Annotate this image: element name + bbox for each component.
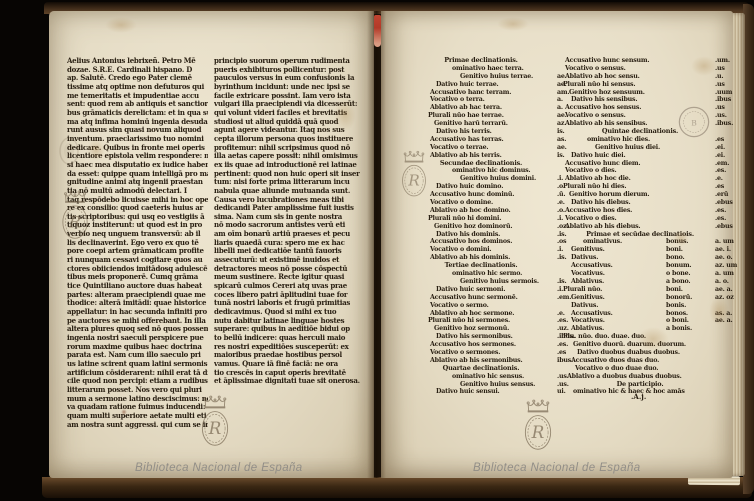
- case-label: Genitivus.: [571, 246, 605, 253]
- latin-text-line: res nostri expeditiōes susceperūt: ex: [214, 343, 361, 352]
- latin-text-line: Aelius Antonius lebrixeñ. Petro Mē: [67, 57, 208, 66]
- case-label: Vocativus.: [571, 317, 605, 324]
- ending: .um.: [715, 57, 730, 65]
- declension-row: Dativo his sermonibus. .ibus.: [428, 333, 578, 341]
- declension-row: Plurali nūo. boni. ae. a.: [563, 286, 739, 294]
- case-label: Genitivo horum dierum.: [569, 191, 649, 198]
- latin-text-line: tunā nostri laboris et frugū primitias: [214, 299, 361, 308]
- latin-text-line: pauculos versus in eum confusionis la: [214, 74, 361, 83]
- latin-text-line: me temeritatis et impudentiae accu: [67, 92, 208, 101]
- foxing-stain: [673, 230, 689, 246]
- declension-row: Vocativo o dies. .es.: [563, 215, 739, 223]
- case-label: Accusativo hunc sensum.: [565, 57, 649, 64]
- latin-text-line: si haec mea disputatio ex iudice haben: [67, 161, 208, 170]
- ending: az. um: [715, 262, 737, 270]
- declension-row: ominativo hic dominus.: [428, 167, 578, 175]
- latin-text-line: mum a sermone latino desciscimus: no: [67, 395, 208, 404]
- latin-text-line: pertinent: quod non huic operi sit inser: [214, 170, 361, 179]
- declension-row: Quintae declinationis.: [563, 128, 739, 136]
- case-label: Dativo huic domino.: [436, 183, 503, 190]
- case-label: Vocativo o dies.: [565, 167, 617, 174]
- word-form: a bonis.: [666, 325, 692, 333]
- case-label: Accusativus.: [571, 262, 613, 269]
- declension-row: Dativo huic sermoni. .i.: [428, 286, 578, 294]
- latin-text-line: dedicavimus. Quod si mihi ex tuo: [214, 308, 361, 317]
- royal-cipher-stamp: R: [57, 183, 93, 245]
- declension-row: ominativo hic sensus. .us.: [428, 373, 578, 381]
- ending: a. o.: [715, 278, 729, 286]
- case-label: Genitivo huius sensus.: [460, 381, 535, 388]
- latin-text-line: am oīm bonarū artiū praeses et pecu: [214, 230, 361, 239]
- case-label: ominativo hic & haec & hoc amās: [573, 388, 685, 395]
- case-label: Genitivo hoz sermonū.: [434, 325, 509, 332]
- round-library-stamp: B: [677, 104, 711, 140]
- latin-text-line: ma atq infima hominū ingenia desuda: [67, 118, 208, 127]
- declension-row: Vocativo o duo duae duo.: [563, 365, 739, 373]
- case-label: Accusativo hunc dominū.: [430, 191, 514, 198]
- royal-cipher-stamp: R: [397, 145, 431, 201]
- case-label: Accusativo hunc sermonē.: [430, 294, 518, 301]
- case-label: Ablativo ab hoc sensu.: [565, 73, 640, 80]
- ending: .us: [715, 81, 725, 89]
- bne-watermark: Biblioteca Nacional de España: [135, 462, 303, 474]
- declension-row: Dativo huic domino. .o.: [428, 183, 578, 191]
- case-label: Dativo huic terrae.: [436, 81, 499, 88]
- word-form: boni.: [666, 286, 683, 294]
- latin-text-line: libelli mei dedicatiōe tantū fauoris: [214, 247, 361, 256]
- case-label: Tertiae declinationis.: [445, 261, 518, 269]
- case-label: Ablativo ab hoc die.: [565, 175, 631, 182]
- case-label: Vocativo o sermo.: [430, 302, 489, 309]
- declension-row: Dativo his terris. is.: [428, 128, 578, 136]
- declension-row: Plurali nūo hi sensus. .us: [563, 81, 739, 89]
- declension-row: Genitivo huius terrae. ae.: [428, 73, 578, 81]
- declension-row: Tertiae declinationis.: [428, 262, 578, 270]
- case-label: Genitivo duorū. duarum. duorum.: [573, 341, 686, 348]
- declension-row: Dativo huic terrae. ae.: [428, 81, 578, 89]
- case-label: Ablativus.: [571, 278, 604, 285]
- latin-text-line: coces libero patri āplitudini tuae for: [214, 291, 361, 300]
- svg-text:B: B: [691, 118, 697, 127]
- case-label: Quartae declinationis.: [443, 364, 520, 372]
- declension-row: Plurali nūo hi sermones. .es.: [428, 317, 578, 325]
- latin-text-line: Causa vero lucubrationes meas tibi: [214, 196, 361, 205]
- foxing-stain: [334, 99, 356, 131]
- latin-text-line: altera plures quoq sed nō quos possem: [67, 325, 208, 334]
- case-label: Vocativo o terra.: [430, 96, 485, 103]
- declension-row: De participio.: [563, 381, 739, 389]
- declension-row: Secundae declinationis.: [428, 160, 578, 168]
- latin-text-line: us latine scirent quam latini sermonis: [67, 360, 208, 369]
- latin-text-line: ctores obiiciendos imitādosq adulescē: [67, 265, 208, 274]
- declension-row: Vocativo o sermo.: [428, 302, 578, 310]
- ending: .ebus: [715, 199, 733, 207]
- declension-row: Ablativo ab hoc sermone. .e.: [428, 310, 578, 318]
- latin-text-line: ap. Salutē. Credo ego Pater clemē: [67, 74, 208, 83]
- book-cover-bottom-edge: [42, 477, 752, 498]
- latin-text-line: pe auctores se mihi offerebant. In illa: [67, 317, 208, 326]
- case-label: Dativo his diebus.: [571, 199, 631, 206]
- case-label: ominativus.: [583, 238, 622, 245]
- latin-text-line: va quadam ratione fuimus inducendi:: [67, 403, 208, 412]
- foxing-stain: [105, 17, 137, 33]
- ending: .es.: [715, 207, 726, 215]
- declension-row: Dativo huic diei. .ei.: [563, 152, 739, 160]
- declension-row: Ablativo ab hoc die. .e.: [563, 175, 739, 183]
- latin-text-line: detractores meos nō posse cōspectū: [214, 265, 361, 274]
- latin-text-line: da esset: quippe quam intelligā pro ma: [67, 170, 208, 179]
- case-label: Vocativus.: [571, 270, 605, 277]
- quire-signature-mark: .A.j.: [631, 392, 646, 401]
- declension-row: Ablativus. a bono. a. o.: [563, 278, 739, 286]
- ending: .ibus.: [715, 120, 733, 128]
- case-label: Dativo his sensibus.: [571, 96, 637, 103]
- royal-cipher-stamp: R: [196, 391, 234, 449]
- case-label: Dativo huic sensui.: [436, 388, 500, 395]
- svg-text:R: R: [68, 213, 81, 232]
- latin-text-line: litterarum posset. Nos vero qui pluri: [67, 386, 208, 395]
- word-form: o bone.: [666, 270, 690, 278]
- latin-text-line: pueris exhibituros pollicentur: post: [214, 66, 361, 75]
- declension-row: Accusativo hos dies. .es.: [563, 207, 739, 215]
- latin-text-line: parata est. Nam cum illo saeculo pri: [67, 351, 208, 360]
- right-page-column-1: Primae declinationis. ominativo haec ter…: [428, 57, 578, 396]
- declension-row: Genitivus. boni. ae. i.: [563, 246, 739, 254]
- latin-text-line: am nostra sunt aggressi. qui cum se in: [67, 421, 208, 430]
- declension-row: Quartae declinationis.: [428, 365, 578, 373]
- case-label: Quintae declinationis.: [602, 127, 678, 135]
- case-label: Genitivo harū terrarū.: [434, 120, 508, 127]
- ending: .ei.: [715, 144, 725, 152]
- latin-text-line: spicarū culmos Cereri atq uvas prae: [214, 282, 361, 291]
- case-label: Accusativo hos dominos.: [430, 238, 512, 245]
- case-label: Genitivo huius domini.: [460, 175, 536, 182]
- case-label: Primae declinationis.: [444, 56, 518, 64]
- latin-text-line: artificium cōsiderarent: nihil erat tā d…: [67, 369, 208, 378]
- case-label: Dativo huic sermoni.: [436, 286, 505, 293]
- word-form: bonis.: [666, 302, 686, 310]
- case-label: Ablativo ab hac terra.: [430, 104, 502, 111]
- latin-text-line: ingenia nostri saeculi perspicere pue: [67, 334, 208, 343]
- case-label: Genitivo huius terrae.: [460, 73, 533, 80]
- case-label: Vocativo o terrae.: [430, 144, 488, 151]
- case-label: Accusativo hunc diem.: [565, 160, 640, 167]
- declension-row: ominativo haec terra.: [428, 65, 578, 73]
- latin-text-line: partes: alteram praecipiendi quae me: [67, 291, 208, 300]
- ending: .es.: [715, 215, 726, 223]
- word-form: bonorū.: [666, 294, 692, 302]
- ending: ae. i.: [715, 246, 731, 254]
- declension-row: Vocativus. o bone. a. um: [563, 270, 739, 278]
- declension-row: Genitivo huius domini. .i.: [428, 175, 578, 183]
- declension-row: Accusativo hos dominos. .os: [428, 238, 578, 246]
- latin-text-line: tio crescēs in caput operis brevitatē: [214, 369, 361, 378]
- case-label: Accusativus.: [571, 310, 613, 317]
- latin-text-line: quam multi superiore aetate multi eti: [67, 412, 208, 421]
- declension-row: Primae declinationis.: [428, 57, 578, 65]
- declension-row: Accusativus. bonum. az. um: [563, 262, 739, 270]
- foxing-stain: [691, 56, 717, 76]
- right-page: Primae declinationis. ominativo haec ter…: [381, 11, 733, 478]
- case-label: Vocativo o sermones.: [430, 349, 500, 356]
- red-bookmark-ribbon: [374, 15, 381, 47]
- case-label: Vocativo o domine.: [430, 199, 493, 206]
- latin-text-line: byrinthum incidunt: unde nec ipsi se: [214, 83, 361, 92]
- latin-text-line: nutu dabitur latinae linguae hostes: [214, 317, 361, 326]
- declension-row: Dativo his diebus. .ebus: [563, 199, 739, 207]
- declension-row: Dativo his dominis. .is.: [428, 231, 578, 239]
- latin-text-line: nabula quae aliunde mutuanda sunt.: [214, 187, 361, 196]
- case-label: Accusativo hos sensus.: [565, 104, 641, 111]
- case-label: Plurali nūo.: [563, 286, 602, 293]
- declension-row: Accusativo hunc sermonē. .em.: [428, 294, 578, 302]
- declension-row: Genitivo hoz dominorū. .oz.: [428, 223, 578, 231]
- latin-text-line: superare: quibus in aeditiōe bidui op: [214, 325, 361, 334]
- ink-spot: [121, 409, 127, 415]
- book-gutter-shadow: [367, 11, 386, 478]
- word-form: bonum.: [666, 262, 691, 270]
- latin-text-line: to bellū indicere: quas herculi maio: [214, 334, 361, 343]
- case-label: Accusativo duos duas duo.: [571, 357, 659, 364]
- ending: .uum: [715, 89, 732, 97]
- ending: a. um: [715, 270, 734, 278]
- declension-row: Plurali nūo hae terrae. ae.: [428, 112, 578, 120]
- case-label: Plurali nūo hi domini.: [428, 215, 501, 222]
- declension-row: Accusativo has terras. as.: [428, 136, 578, 144]
- word-form: boni.: [666, 246, 683, 254]
- ending: .es: [715, 136, 724, 144]
- ending: ae. o.: [715, 254, 733, 262]
- case-label: Ablativo ab hoc domino.: [430, 207, 511, 214]
- case-label: Vocativo o duo duae duo.: [575, 365, 658, 372]
- foxing-stain: [709, 297, 729, 325]
- latin-text-line: nō modo sacrorum antistes verū eti: [214, 221, 361, 230]
- declension-row: Accusativo hunc dominū. .ū.: [428, 191, 578, 199]
- left-page: Aelius Antonius lebrixeñ. Petro Mēdozae.…: [49, 11, 374, 478]
- declension-row: Vocativo o domine. .e.: [428, 199, 578, 207]
- case-label: ominativo hic sermo.: [452, 270, 522, 277]
- latin-text-line: maioribus praedae hostibus persol: [214, 351, 361, 360]
- declension-row: Genitivo horum dierum. .erū: [563, 191, 739, 199]
- declension-row: ominativo hic sermo.: [428, 270, 578, 278]
- ending: .erū: [715, 191, 728, 199]
- declension-row: Genitivo huius diei. .ei.: [563, 144, 739, 152]
- latin-text-line: tibus meis proponerē. Cumq grāma: [67, 273, 208, 282]
- latin-text-line: cepta illorum persona quos instituere: [214, 135, 361, 144]
- latin-text-line: bus grāmaticis derelictam: et in qua sū: [67, 109, 208, 118]
- latin-text-line: assecuturū: ut existimē inuidos et: [214, 256, 361, 265]
- declension-row: Vocativo o sermones. .es: [428, 349, 578, 357]
- declension-row: Genitivo hoz sermonū. .uz.: [428, 325, 578, 333]
- word-form: bonos.: [666, 310, 688, 318]
- case-label: Accusativo hanc terram.: [430, 89, 511, 96]
- ending: .u.: [715, 73, 723, 81]
- declension-row: Vocativo o terrae. ae.: [428, 144, 578, 152]
- case-label: Plu. nūo. duo. duae. duo.: [563, 333, 646, 340]
- latin-text-line: ex iis quae ad introductionē rei latinae: [214, 161, 361, 170]
- case-label: Vocativo o sensus.: [565, 65, 626, 72]
- ending: .us.: [715, 112, 727, 120]
- latin-text-line: rorum maxime quibus haec doctrina: [67, 343, 208, 352]
- declension-row: Accusativo hos sensus. .us: [563, 104, 739, 112]
- declension-row: Genitivo harū terrarū. az.: [428, 120, 578, 128]
- case-label: Plurali nūo hi sermones.: [428, 317, 510, 324]
- word-form: bono.: [666, 254, 684, 262]
- svg-text:R: R: [208, 418, 222, 438]
- declension-row: Genitivo hoz sensuum. .uum: [563, 89, 739, 97]
- ending: a.: [557, 96, 563, 104]
- case-label: Genitivo huius diei.: [595, 144, 660, 151]
- latin-text-line: ri nunquam cessavi cogitare quos au: [67, 256, 208, 265]
- declension-row: Accusativo duos duas duo.: [563, 357, 739, 365]
- latin-text-line: illa aetas capere possit: nihil omisimus: [214, 152, 361, 161]
- latin-text-line: dedicandi Pater amplissime fuit iustis: [214, 204, 361, 213]
- latin-text-line: tum: nisi forte prima litterarum incu: [214, 178, 361, 187]
- case-label: Plurali nūo hi sensus.: [563, 81, 635, 88]
- case-label: Accusativo hos sermones.: [430, 341, 516, 348]
- svg-text:R: R: [407, 172, 420, 190]
- latin-text-line: appellatur: in hac secunda infiniti pro: [67, 308, 208, 317]
- declension-row: Dativus. bono. ae. o.: [563, 254, 739, 262]
- case-label: Ablativus.: [571, 325, 604, 332]
- latin-text-line: profitemur: nihil scripsimus quod nō: [214, 144, 361, 153]
- ending: .e.: [715, 175, 723, 183]
- case-label: De participio.: [617, 380, 664, 388]
- ending: .us: [715, 104, 725, 112]
- declension-row: ominativus. bonus. a. um: [563, 238, 739, 246]
- declension-row: Vocativo o terra. a.: [428, 96, 578, 104]
- latin-text-line: cile quod non percipi: etiam a rudibus: [67, 377, 208, 386]
- case-label: ominativo hic sensus.: [452, 373, 524, 380]
- royal-cipher-stamp: R: [518, 395, 558, 453]
- declension-row: Dativo his sensibus. .ibus: [563, 96, 739, 104]
- declension-row: Accusativo hanc terram. am.: [428, 89, 578, 97]
- case-label: Genitivo huius sermois.: [460, 278, 539, 285]
- declension-row: Vocativo o domini. .i.: [428, 246, 578, 254]
- case-label: Vocativo o sensus.: [565, 112, 626, 119]
- latin-text-line: tice Quintiliano auctore duas habeat: [67, 282, 208, 291]
- case-label: ominativo haec terra.: [452, 65, 524, 72]
- ending: .ei.: [715, 152, 725, 160]
- case-label: Vocativo o dies.: [565, 215, 617, 222]
- ending: ae. a.: [715, 286, 733, 294]
- case-label: Ablativo ab hoc sermone.: [430, 310, 514, 317]
- declension-row: Plurali nūo hi domini. .i.: [428, 215, 578, 223]
- declension-row: ominativo hic & haec & hoc amās: [563, 388, 739, 396]
- ending: .ebus: [715, 223, 733, 231]
- case-label: Dativus.: [571, 254, 598, 261]
- latin-text-line: principio suorum operum rudimenta: [214, 57, 361, 66]
- case-label: Vocativo o domini.: [430, 246, 491, 253]
- declension-row: Ablativo ab hoc domino. .o.: [428, 207, 578, 215]
- declension-row: ominativo hic dies. .es: [563, 136, 739, 144]
- latin-text-line: sent: quod rem ab antiquis et sanctiori: [67, 100, 208, 109]
- foxing-stain: [497, 17, 529, 31]
- latin-text-line: vamus. Quare iā finē faciā: ne ora: [214, 360, 361, 369]
- declension-row: Plurali nūo hi dies. .es: [563, 183, 739, 191]
- case-label: Plurali nūo hae terrae.: [428, 112, 504, 119]
- case-label: Dativo his terris.: [436, 128, 492, 135]
- latin-text-line: facile extricare possint. Iam vero ista: [214, 92, 361, 101]
- ending: a. um: [715, 238, 734, 246]
- case-label: ominativo hic dominus.: [452, 167, 530, 174]
- case-label: Dativo his sermonibus.: [436, 333, 513, 340]
- latin-text-line: pore coepi artem grāmaticam profite: [67, 247, 208, 256]
- ending: a.: [557, 104, 563, 112]
- declension-row: Ablativo ab hoc sensu. .u.: [563, 73, 739, 81]
- case-label: Dativus.: [571, 302, 598, 309]
- book-photograph: Aelius Antonius lebrixeñ. Petro Mēdozae.…: [0, 0, 754, 501]
- declension-row: Ablativo ab hac terra. a.: [428, 104, 578, 112]
- case-label: Genitivo hoz dominorū.: [434, 223, 512, 230]
- case-label: Secundae declinationis.: [440, 159, 522, 167]
- foxing-stain: [637, 327, 669, 351]
- word-form: a bono.: [666, 278, 690, 286]
- faint-oval-stamp: [58, 136, 80, 166]
- ending: .es.: [715, 167, 726, 175]
- ending: .em.: [715, 160, 729, 168]
- latin-text-line: runt ausus sim quasi novum aliquod: [67, 126, 208, 135]
- declension-row: Genitivo huius sermois. .is.: [428, 278, 578, 286]
- latin-text-line: meum sustinere. Recte igitur quasi: [214, 273, 361, 282]
- case-label: Genitivo hoz sensuum.: [569, 89, 645, 96]
- declension-row: Accusativo hunc diem. .em.: [563, 160, 739, 168]
- latin-text-line: thodice: alterā imitādi: quae historice: [67, 299, 208, 308]
- case-label: Genitivus.: [571, 294, 605, 301]
- case-label: ominativo hic dies.: [587, 136, 650, 143]
- case-label: Accusativo hos dies.: [565, 207, 632, 214]
- declension-row: Accusativo hos sermones. .es.: [428, 341, 578, 349]
- latin-text-line: liaris quaedā cura: spero me ex hac: [214, 239, 361, 248]
- ending: .ibus: [715, 96, 731, 104]
- bne-watermark: Biblioteca Nacional de España: [473, 462, 641, 474]
- latin-text-line: dozae. S.R.E. Cardinali hispano. D: [67, 66, 208, 75]
- declension-row: Genitivo huius sensus. .us.: [428, 381, 578, 389]
- ending: .es: [715, 183, 724, 191]
- case-label: Dativo huic diei.: [571, 152, 625, 159]
- latin-text-line: sima. Nam cum sis in gente nostra: [214, 213, 361, 222]
- foxing-stain: [87, 139, 105, 161]
- svg-text:R: R: [531, 422, 545, 442]
- word-form: o boni.: [666, 317, 689, 325]
- declension-row: Vocativo o dies. .es.: [563, 167, 739, 175]
- case-label: Accusativo has terras.: [430, 136, 503, 143]
- case-label: Dativo his dominis.: [436, 231, 500, 238]
- declension-row: Vocativo o sensus. .us.: [563, 112, 739, 120]
- case-label: Plurali nūo hi dies.: [563, 183, 626, 190]
- latin-text-line: et āplissimae dignitati tuae sit onerosa…: [214, 377, 361, 386]
- case-label: Dativo duobus duabus duobus.: [577, 349, 680, 356]
- declension-row: Primae et secūdae declinatiois.: [563, 231, 739, 239]
- latin-text-line: tissime atq optime non defuturos qui: [67, 83, 208, 92]
